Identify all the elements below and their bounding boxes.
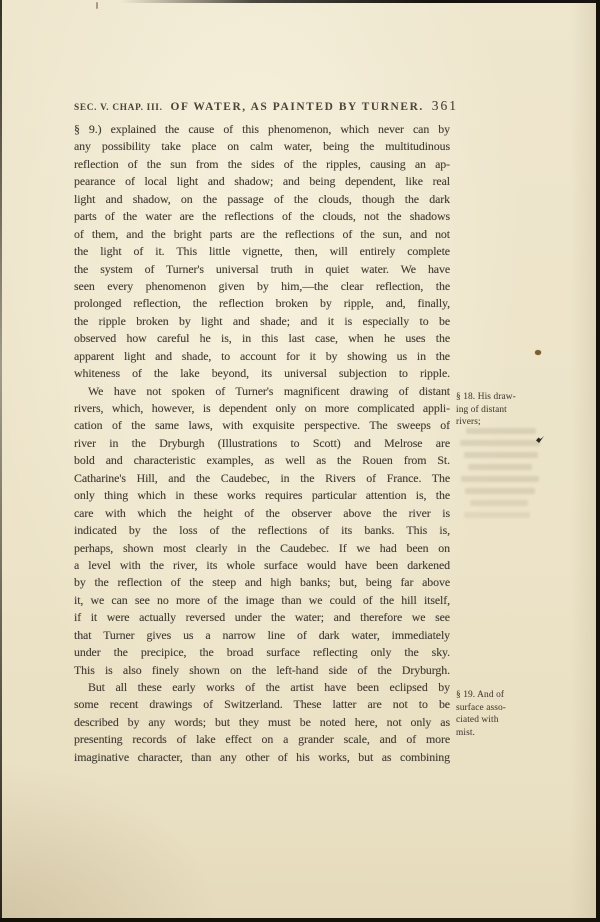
text-line: only thing which in these works requires… [74,487,450,504]
text-line: care with which the height of the observ… [74,505,450,522]
margin-note-19: § 19. And ofsurface asso-ciated withmist… [456,689,548,739]
text-line: We have not spoken of Turner's magnifice… [74,383,450,400]
text-line: indicated by the loss of the reflections… [74,522,450,539]
paragraph: § 9.) explained the cause of this phenom… [74,121,450,383]
margin-note-line: rivers; [456,416,548,429]
scan-shading-bottom-left [0,762,220,922]
show-through-line [470,500,528,506]
text-line: that Turner gives us a narrow line of da… [74,627,450,644]
scan-edge-right [596,0,600,922]
text-line: Catharine's Hill, and the Caudebec, in t… [74,470,450,487]
text-line: by the reflection of the steep and high … [74,574,450,591]
text-line: some recent drawings of Switzerland. The… [74,696,450,713]
text-line: parts of the water are the reflections o… [74,208,450,225]
text-line: pearance of local light and shadow; and … [74,173,450,190]
text-line: § 9.) explained the cause of this phenom… [74,121,450,138]
show-through-line [466,428,536,434]
page-title: OF WATER, AS PAINTED BY TURNER. [171,101,424,113]
text-line: a level with the river, its whole surfac… [74,557,450,574]
margin-note-line: § 19. And of [456,689,548,702]
scan-edge-bottom [0,918,600,922]
text-block: § 9.) explained the cause of this phenom… [74,121,450,766]
text-line: described by any words; but they must be… [74,714,450,731]
text-line: bold and characteristic examples, as wel… [74,452,450,469]
text-line: whiteness of the lake beyond, its univer… [74,365,450,382]
ink-speck [534,349,541,356]
margin-note-18: § 18. His draw-ing of distantrivers; [456,391,548,429]
text-line: reflection of the sun from the sides of … [74,156,450,173]
text-line: the system of Turner's universal truth i… [74,261,450,278]
text-line: imaginative character, than any other of… [74,749,450,766]
text-line: seen every phenomenon given by him,—the … [74,278,450,295]
text-line: rivers, which, however, is dependent onl… [74,400,450,417]
margin-note-line: surface asso- [456,702,548,715]
scan-edge-top [0,0,600,3]
text-line: of them, and the bright parts are the re… [74,226,450,243]
text-line: apparent light and shade, to account for… [74,348,450,365]
text-line: it, we can see no more of the image than… [74,592,450,609]
scan-edge-left [0,0,2,922]
show-through-artifact [458,428,546,524]
show-through-line [461,476,539,482]
text-line: the ripple broken by light and shade; an… [74,313,450,330]
section-chapter-label: SEC. V. CHAP. III. [74,103,163,113]
text-line: perhaps, shown most clearly in the Caude… [74,540,450,557]
margin-note-line: ciated with [456,714,548,727]
scanned-book-page: SEC. V. CHAP. III. OF WATER, AS PAINTED … [0,0,600,922]
paragraph: But all these early works of the artist … [74,679,450,766]
show-through-line [464,452,538,458]
text-line: observed how careful he is, in this last… [74,330,450,347]
text-line: any possibility take place on calm water… [74,138,450,155]
paragraph: We have not spoken of Turner's magnifice… [74,383,450,679]
text-line: under the precipice, the broad surface r… [74,644,450,661]
show-through-line [460,440,540,446]
margin-note-line: ing of distant [456,404,548,417]
margin-note-line: § 18. His draw- [456,391,548,404]
page-number: 361 [432,98,458,114]
text-line: light and shadow, on the passage of the … [74,191,450,208]
running-header: SEC. V. CHAP. III. OF WATER, AS PAINTED … [74,98,458,114]
text-line: if it were actually reversed under the w… [74,609,450,626]
text-line: presenting records of lake effect on a g… [74,731,450,748]
show-through-line [464,512,530,518]
text-line: cation of the same laws, with exquisite … [74,417,450,434]
text-line: This is also finely shown on the left-ha… [74,662,450,679]
text-line: But all these early works of the artist … [74,679,450,696]
text-line: the light of it. This little vignette, t… [74,243,450,260]
text-line: prolonged reflection, the reflection bro… [74,295,450,312]
show-through-line [468,464,532,470]
margin-note-line: mist. [456,727,548,740]
text-line: river in the Dryburgh (Illustrations to … [74,435,450,452]
show-through-line [465,488,535,494]
ink-speck [96,2,98,9]
